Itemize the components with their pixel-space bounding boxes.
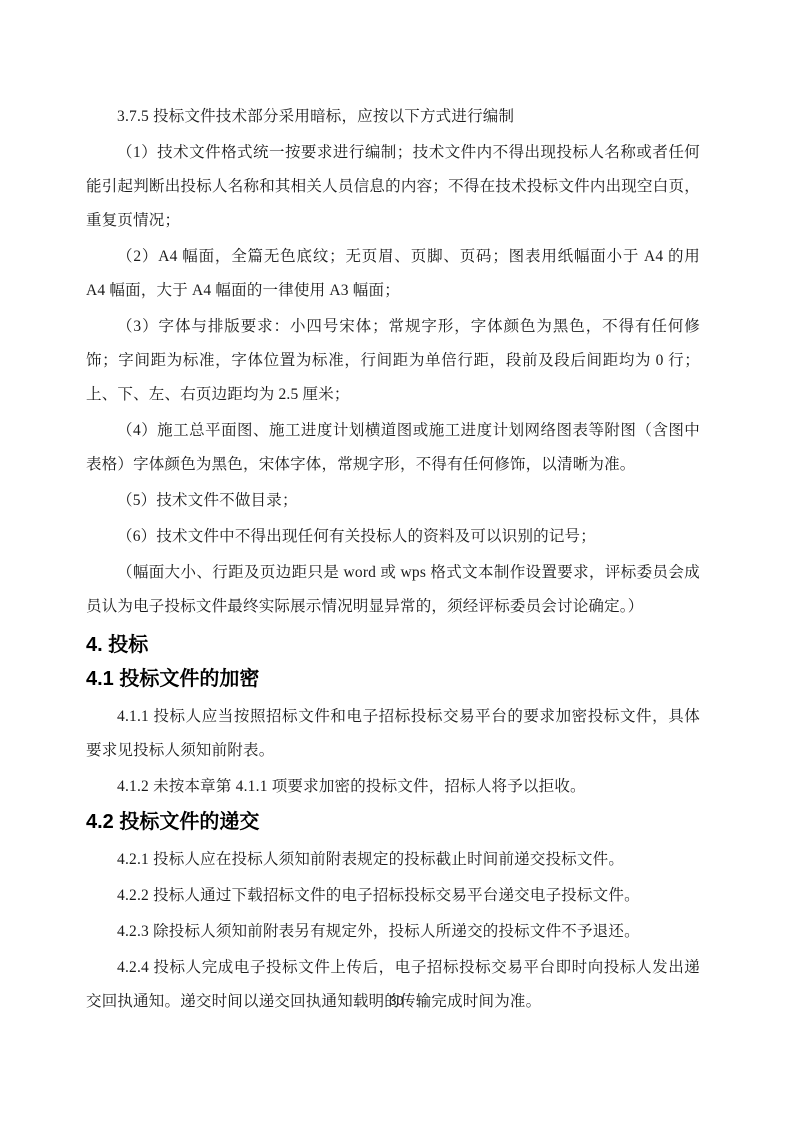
clause-4-2-4: 4.2.4 投标人完成电子投标文件上传后，电子招标投标交易平台即时向投标人发出递… [86,951,700,1019]
subsection-heading-4-2: 4.2 投标文件的递交 [86,806,700,838]
clause-item-1: （1）技术文件格式统一按要求进行编制；技术文件内不得出现投标人名称或者任何能引起… [86,136,700,238]
section-heading-4: 4. 投标 [86,629,700,661]
clause-4-1-1: 4.1.1 投标人应当按照招标文件和电子招标投标交易平台的要求加密投标文件，具体… [86,700,700,768]
clause-3-7-5: 3.7.5 投标文件技术部分采用暗标，应按以下方式进行编制 [86,100,700,134]
subsection-heading-4-1: 4.1 投标文件的加密 [86,663,700,695]
clause-4-2-3: 4.2.3 除投标人须知前附表另有规定外，投标人所递交的投标文件不予退还。 [86,915,700,949]
clause-4-1-2: 4.1.2 未按本章第 4.1.1 项要求加密的投标文件，招标人将予以拒收。 [86,770,700,804]
document-body: 3.7.5 投标文件技术部分采用暗标，应按以下方式进行编制 （1）技术文件格式统… [86,100,700,1021]
clause-item-6: （6）技术文件中不得出现任何有关投标人的资料及可以识别的记号； [86,520,700,554]
clause-note: （幅面大小、行距及页边距只是 word 或 wps 格式文本制作设置要求，评标委… [86,556,700,624]
page-number: 30 [0,994,793,1008]
clause-item-4: （4）施工总平面图、施工进度计划横道图或施工进度计划网络图表等附图（含图中表格）… [86,414,700,482]
clause-item-3: （3）字体与排版要求：小四号宋体；常规字形，字体颜色为黑色，不得有任何修饰；字间… [86,310,700,412]
clause-4-2-2: 4.2.2 投标人通过下载招标文件的电子招标投标交易平台递交电子投标文件。 [86,879,700,913]
clause-item-5: （5）技术文件不做目录； [86,484,700,518]
clause-item-2: （2）A4 幅面，全篇无色底纹；无页眉、页脚、页码；图表用纸幅面小于 A4 的用… [86,240,700,308]
document-page: 3.7.5 投标文件技术部分采用暗标，应按以下方式进行编制 （1）技术文件格式统… [0,0,793,1122]
clause-4-2-1: 4.2.1 投标人应在投标人须知前附表规定的投标截止时间前递交投标文件。 [86,843,700,877]
